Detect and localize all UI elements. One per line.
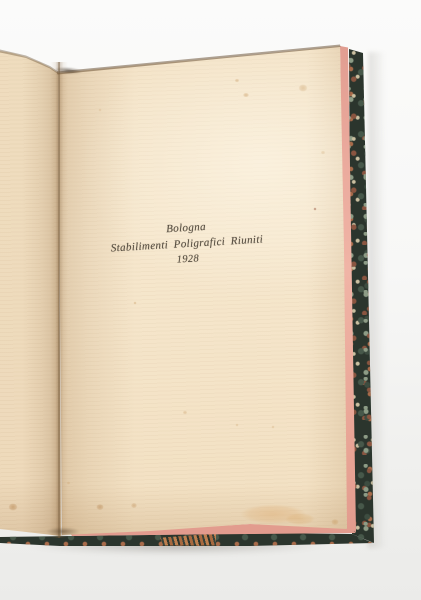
foxing-stain <box>280 511 320 527</box>
foxing-stains-layer <box>0 0 421 600</box>
foxing-stain <box>95 503 105 511</box>
foxing-stain <box>297 83 309 93</box>
foxing-stain <box>235 423 239 427</box>
foxing-stain <box>130 502 138 509</box>
foxing-stain <box>320 150 326 155</box>
foxing-stain <box>234 78 240 83</box>
foxing-stain <box>242 92 250 98</box>
foxing-stain <box>313 207 317 211</box>
foxing-stain <box>271 425 275 429</box>
foxing-stain <box>330 518 340 526</box>
foxing-stain <box>7 502 19 512</box>
foxing-stain <box>98 108 102 112</box>
book-photograph: Bologna Stabilimenti Poligrafici Riuniti… <box>0 0 421 600</box>
foxing-stain <box>133 301 137 305</box>
foxing-stain <box>182 410 188 415</box>
foxing-stain <box>66 481 71 485</box>
